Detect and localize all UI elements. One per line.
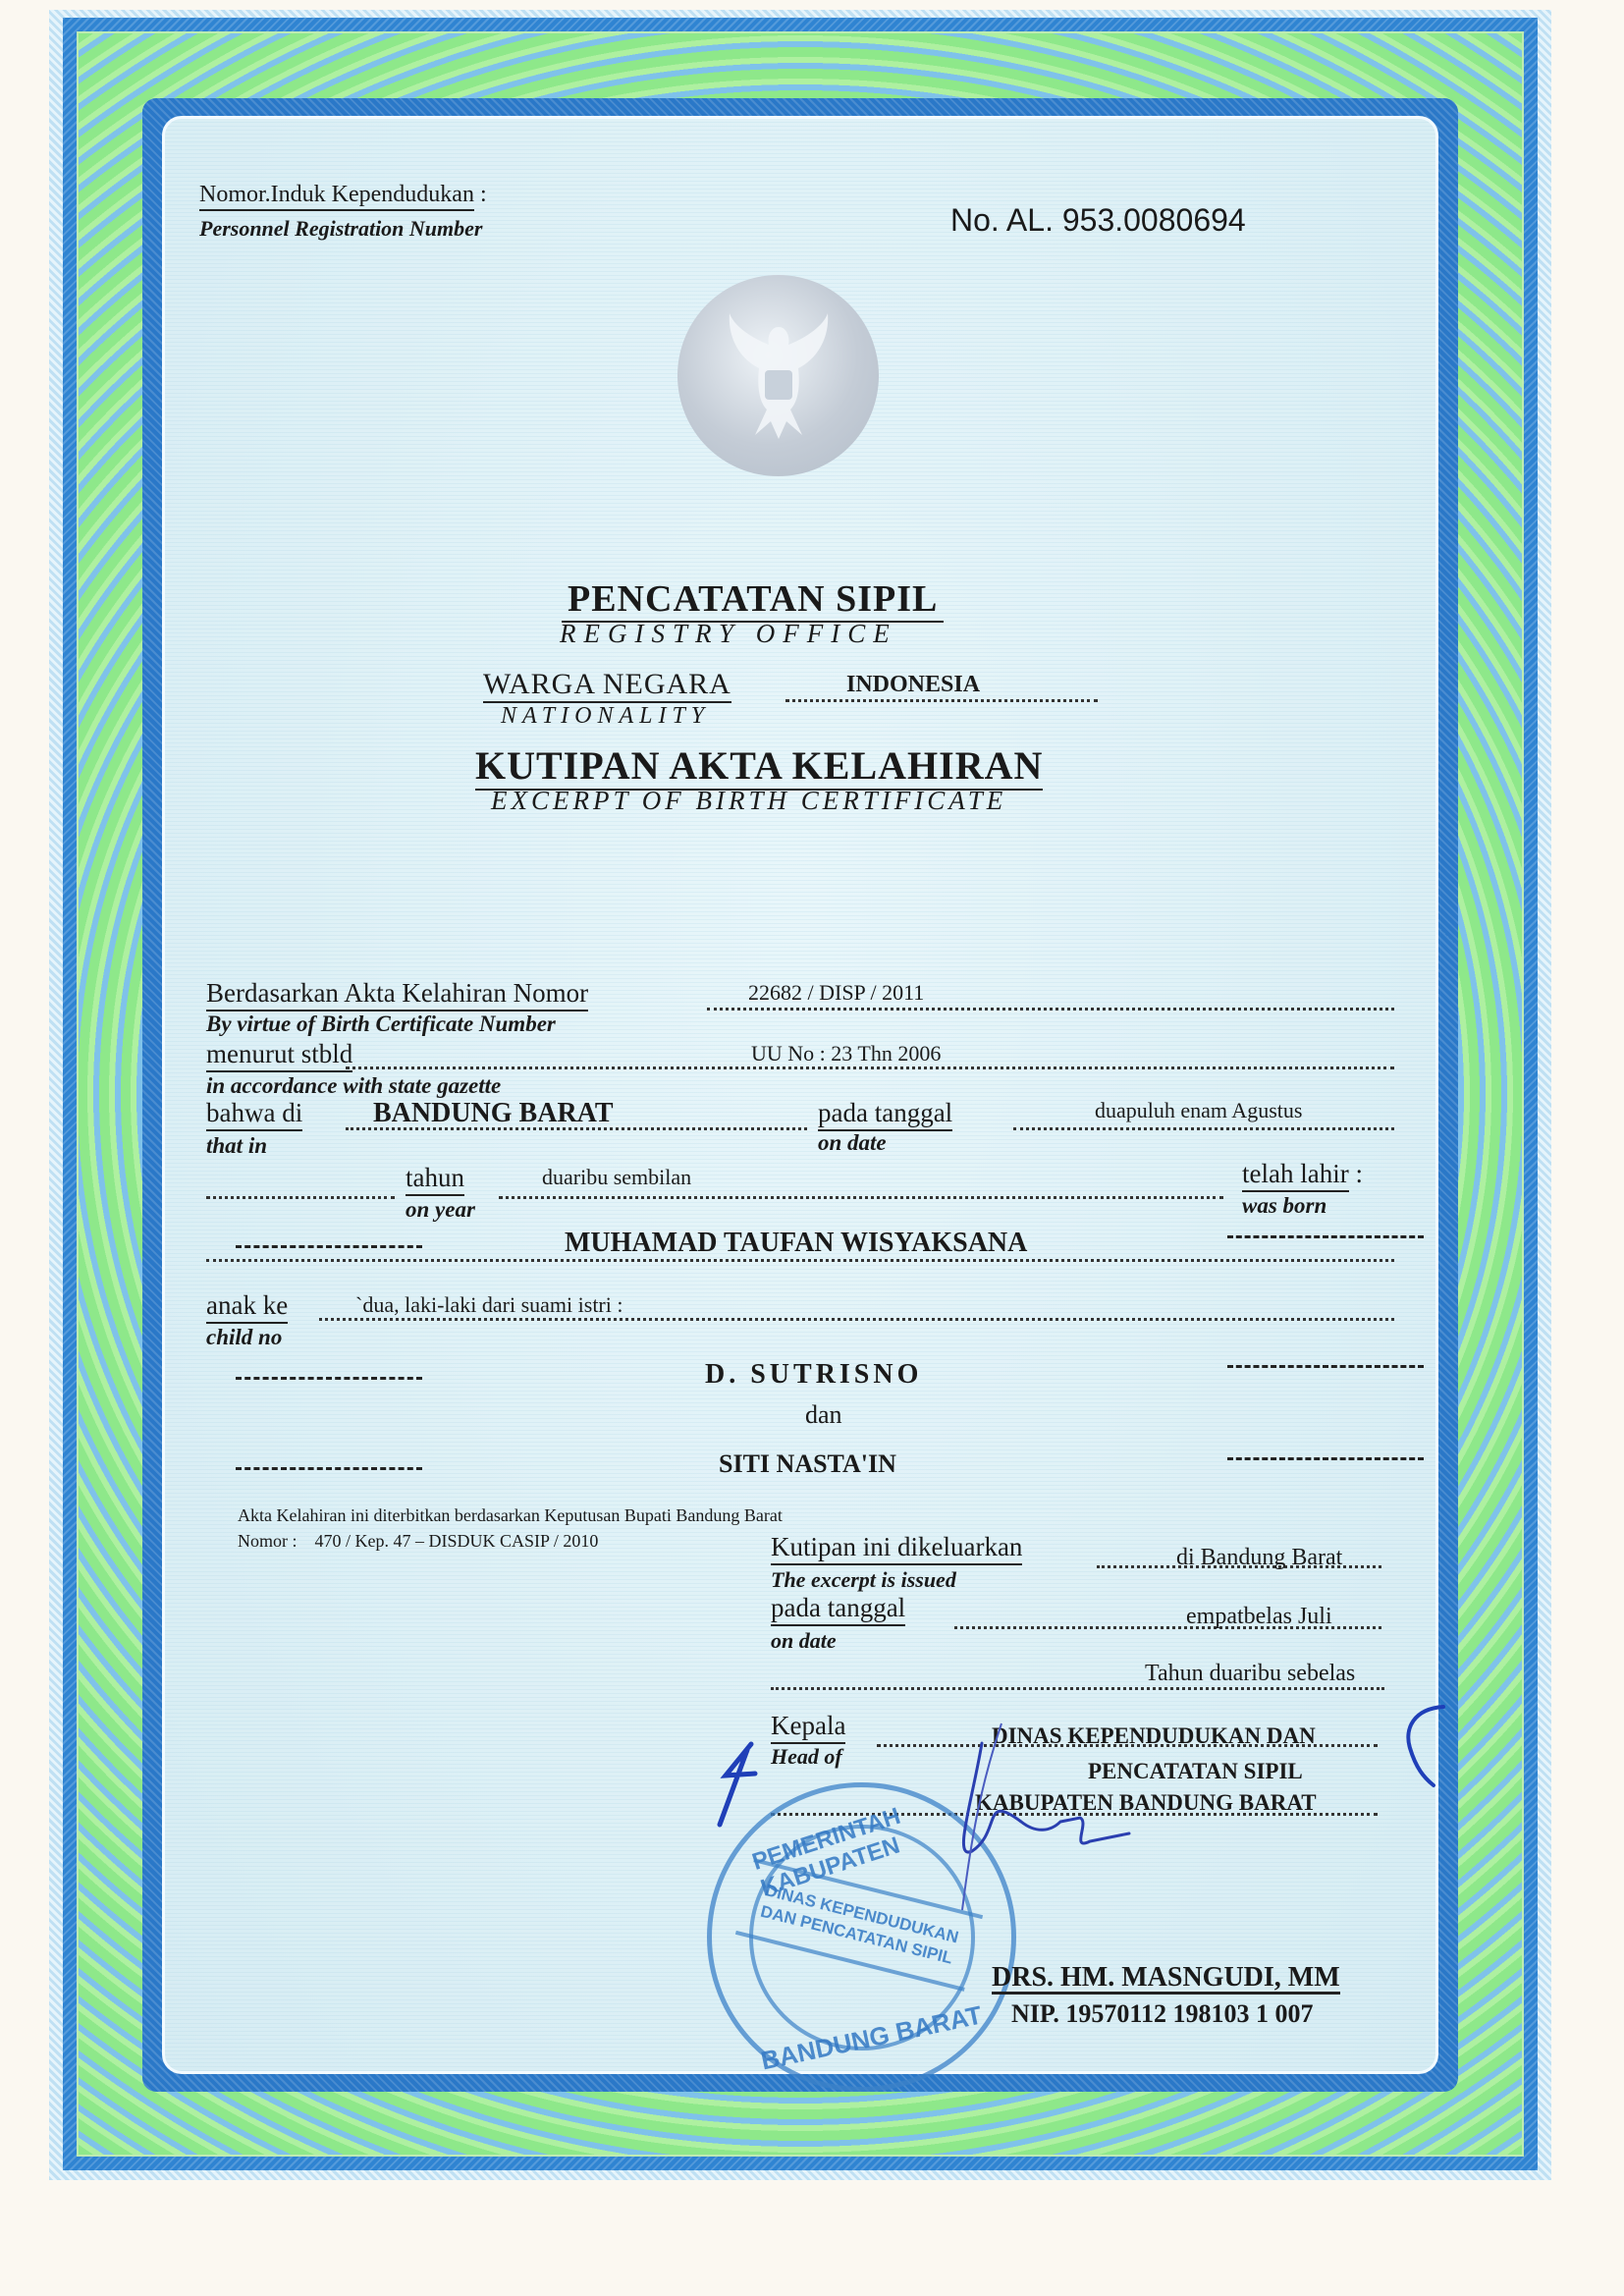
head-label-en: Head of [771, 1746, 842, 1768]
nik-label-en: Personnel Registration Number [199, 218, 482, 240]
father-name: D. SUTRISNO [705, 1361, 922, 1389]
year-label-text: tahun [406, 1163, 464, 1196]
issue-date-label-text: pada tanggal [771, 1593, 905, 1626]
child-name-dotted-line [206, 1259, 1394, 1262]
cert-number-label-text: Berdasarkan Akta Kelahiran Nomor [206, 978, 588, 1011]
decree-number-label: Nomor : [238, 1531, 298, 1551]
nik-label-text: Nomor.Induk Kependudukan [199, 182, 474, 211]
birth-date-dotted-line [1013, 1127, 1394, 1130]
document-title: KUTIPAN AKTA KELAHIRAN [475, 742, 1043, 791]
born-label-text: telah lahir [1242, 1159, 1349, 1192]
place-label-text: bahwa di [206, 1098, 302, 1131]
born-label-en: was born [1242, 1194, 1326, 1217]
birth-date-value: duapuluh enam Agustus [1095, 1100, 1302, 1121]
serial-number: No. AL. 953.0080694 [950, 202, 1246, 239]
birth-date-label: pada tanggal [818, 1100, 952, 1126]
decree-number: Nomor : 470 / Kep. 47 – DISDUK CASIP / 2… [238, 1532, 598, 1550]
nik-colon: : [480, 182, 487, 207]
handwritten-mark-icon [712, 1740, 761, 1833]
nationality-value: INDONESIA [846, 673, 980, 696]
decree-number-value: 470 / Kep. 47 – DISDUK CASIP / 2010 [315, 1531, 599, 1551]
decree-text: Akta Kelahiran ini diterbitkan berdasark… [238, 1506, 783, 1524]
father-right-dashes [1227, 1365, 1424, 1368]
issue-year-dotted-line [771, 1687, 1384, 1690]
issue-date-label-en: on date [771, 1630, 837, 1652]
place-label: bahwa di [206, 1100, 302, 1126]
nationality-label: WARGA NEGARA [483, 668, 731, 703]
nik-label: Nomor.Induk Kependudukan : [199, 183, 487, 206]
cert-number-label-en: By virtue of Birth Certificate Number [206, 1012, 556, 1035]
office-title-en: REGISTRY OFFICE [560, 619, 897, 649]
stbld-dotted-line [346, 1066, 1394, 1069]
father-left-dashes [236, 1377, 422, 1380]
child-no-dotted-line [319, 1318, 1394, 1321]
conjunction-dan: dan [805, 1402, 842, 1428]
birth-date-label-text: pada tanggal [818, 1098, 952, 1131]
name-right-dashes [1227, 1235, 1424, 1238]
year-label-en: on year [406, 1198, 475, 1221]
name-left-dashes [236, 1245, 422, 1248]
nationality-label-en: NATIONALITY [501, 703, 710, 730]
place-label-en: that in [206, 1134, 267, 1157]
signature-stroke-icon [1394, 1699, 1453, 1802]
mother-left-dashes [236, 1467, 422, 1470]
cert-number-dotted-line [707, 1008, 1394, 1011]
official-name: DRS. HM. MASNGUDI, MM [992, 1964, 1340, 1995]
child-name: MUHAMAD TAUFAN WISYAKSANA [565, 1230, 1027, 1257]
born-colon: : [1355, 1159, 1363, 1188]
stbld-label-en: in accordance with state gazette [206, 1074, 501, 1097]
nationality-dotted-line [785, 699, 1098, 702]
mother-name: SITI NASTA'IN [719, 1451, 896, 1477]
stbld-value: UU No : 23 Thn 2006 [751, 1043, 941, 1065]
child-no-label: anak ke [206, 1292, 288, 1319]
place-value: BANDUNG BARAT [373, 1100, 614, 1127]
issued-label: Kutipan ini dikeluarkan [771, 1534, 1022, 1560]
cert-number-value: 22682 / DISP / 2011 [748, 982, 924, 1004]
child-no-label-text: anak ke [206, 1290, 288, 1324]
document-title-en: EXCERPT OF BIRTH CERTIFICATE [491, 786, 1006, 816]
head-label: Kepala [771, 1713, 845, 1739]
signature-icon [943, 1723, 1198, 1925]
mother-right-dashes [1227, 1457, 1424, 1460]
child-no-label-en: child no [206, 1326, 282, 1348]
garuda-emblem-hologram-icon [677, 275, 879, 476]
birth-date-label-en: on date [818, 1131, 887, 1154]
year-label: tahun [406, 1165, 464, 1191]
stbld-label-text: menurut stbld [206, 1039, 352, 1072]
head-label-text: Kepala [771, 1711, 845, 1744]
official-nip: NIP. 19570112 198103 1 007 [1011, 2001, 1313, 2027]
issue-date-value: empatbelas Juli [1186, 1605, 1332, 1628]
born-label: telah lahir : [1242, 1161, 1363, 1187]
year-value: duaribu sembilan [542, 1167, 691, 1188]
issue-year-value: Tahun duaribu sebelas [1145, 1662, 1355, 1685]
child-no-value: `dua, laki-laki dari suami istri : [355, 1294, 623, 1316]
year-dotted-line [499, 1196, 1223, 1199]
cert-number-label: Berdasarkan Akta Kelahiran Nomor [206, 980, 588, 1007]
year-leading-dotted-line [206, 1196, 395, 1199]
issued-label-en: The excerpt is issued [771, 1569, 956, 1591]
issued-label-text: Kutipan ini dikeluarkan [771, 1532, 1022, 1565]
issue-date-label: pada tanggal [771, 1595, 905, 1621]
stbld-label: menurut stbld [206, 1041, 352, 1067]
office-title: PENCATATAN SIPIL [562, 577, 944, 623]
issued-place-value: di Bandung Barat [1176, 1546, 1342, 1569]
